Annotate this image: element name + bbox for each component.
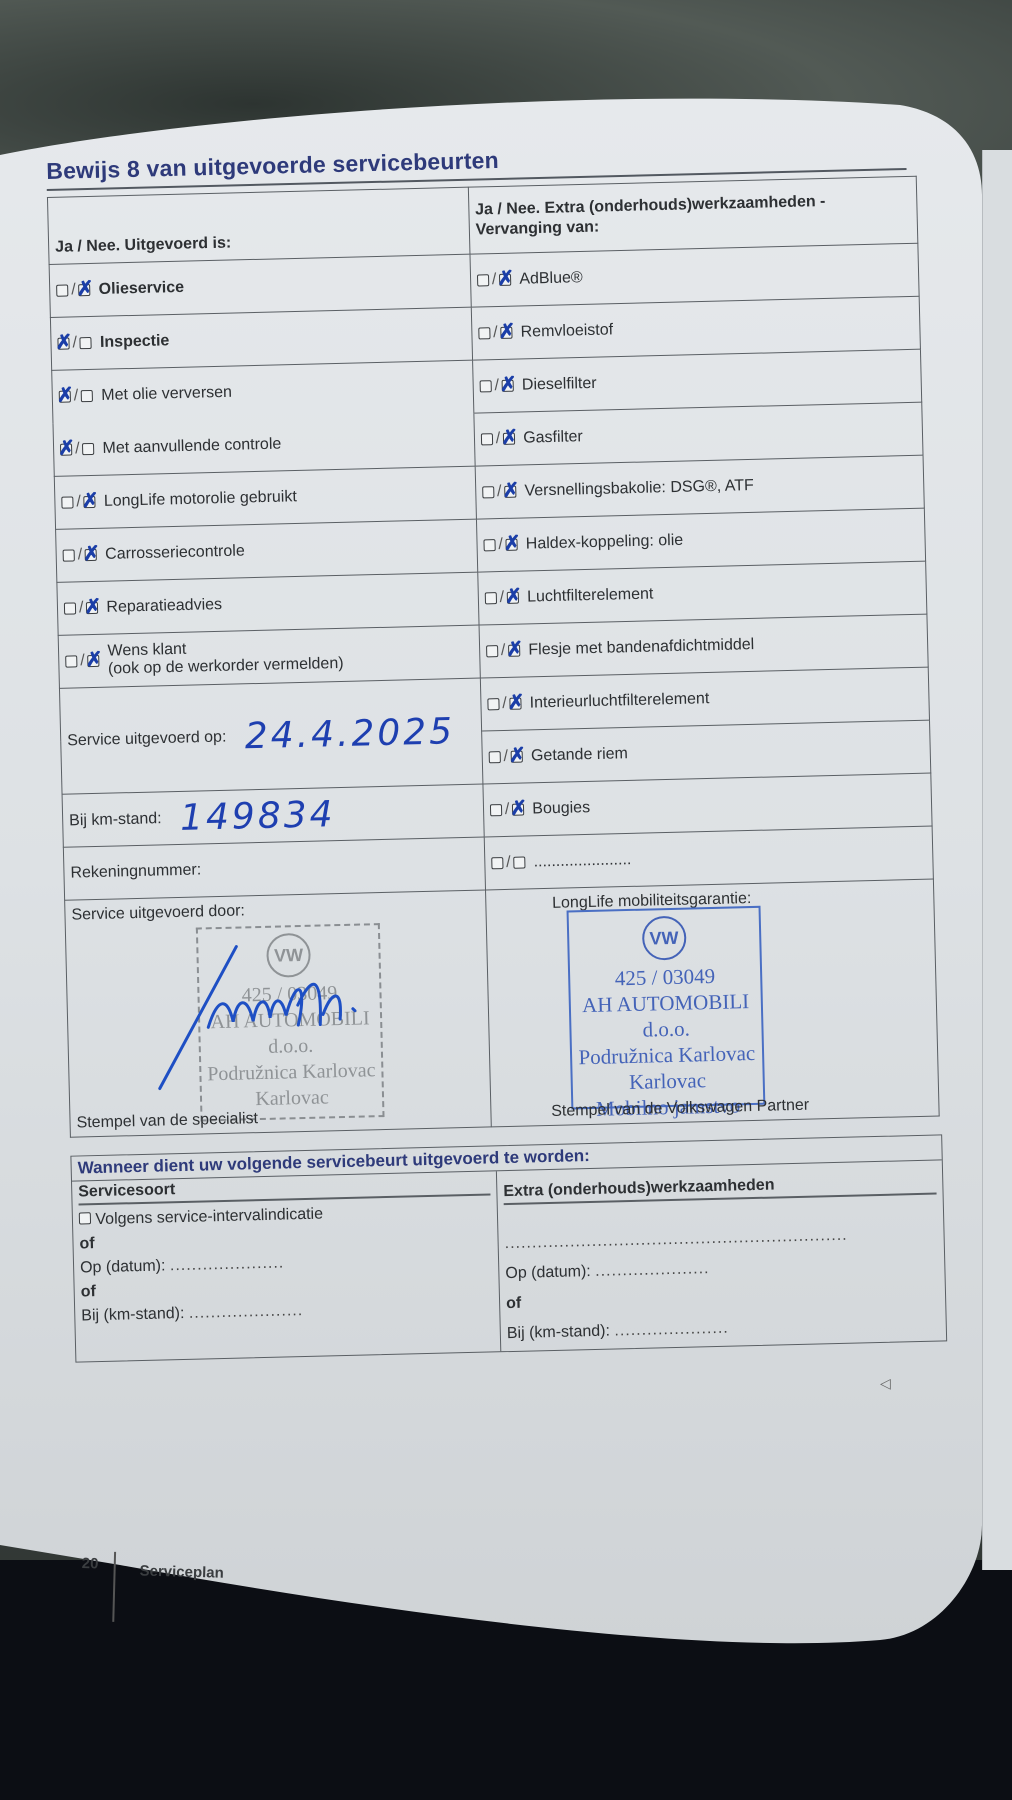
ja-checkbox[interactable] [57, 337, 69, 349]
left-column-header: Ja / Nee. Uitgevoerd is: [47, 187, 469, 264]
ja-nee-checkboxes: / [477, 271, 512, 290]
ja-checkbox[interactable] [486, 645, 498, 657]
nee-checkbox[interactable] [502, 380, 514, 392]
ja-nee-checkboxes: / [56, 281, 91, 300]
separator: / [492, 271, 497, 289]
ja-checkbox[interactable] [63, 549, 75, 561]
item-label: Luchtfilterelement [527, 585, 654, 605]
ja-nee-checkboxes: / [484, 588, 519, 607]
nee-checkbox[interactable] [504, 485, 516, 497]
nee-checkbox[interactable] [508, 644, 520, 656]
ja-nee-checkboxes: / [65, 652, 100, 671]
ja-nee-checkboxes: / [481, 429, 516, 448]
ja-checkbox[interactable] [61, 496, 73, 508]
page-number: 20 [82, 1555, 99, 1572]
ja-nee-checkboxes: / [479, 377, 514, 396]
ja-checkbox[interactable] [488, 751, 500, 763]
service-record-sheet: Bewijs 8 van uitgevoerde servicebeurten … [46, 137, 945, 1363]
ja-checkbox[interactable] [485, 592, 497, 604]
item-label: Remvloeistof [520, 321, 613, 340]
separator: / [505, 801, 510, 819]
performed-by-label: Service uitgevoerd door: [71, 897, 479, 925]
item-label: Gasfilter [523, 428, 583, 446]
ja-checkbox[interactable] [59, 391, 71, 403]
separator: / [493, 324, 498, 342]
ja-nee-checkboxes: / [490, 800, 525, 819]
ja-checkbox[interactable] [60, 443, 72, 455]
ja-nee-checkboxes: / [60, 440, 95, 459]
nee-checkbox[interactable] [512, 803, 524, 815]
next-service-section: Wanneer dient uw volgende servicebeurt u… [70, 1134, 947, 1362]
ja-checkbox[interactable] [481, 433, 493, 445]
ja-checkbox[interactable] [478, 327, 490, 339]
ja-checkbox[interactable] [479, 380, 491, 392]
separator: / [503, 748, 508, 766]
invoice-label: Rekeningnummer: [70, 861, 201, 881]
nee-checkbox[interactable] [85, 549, 97, 561]
nee-checkbox[interactable] [511, 750, 523, 762]
extra-work-header: Extra (onderhouds)werkzaamheden [503, 1173, 936, 1206]
right-column-header: Ja / Nee. Extra (onderhouds)werkzaamhede… [468, 176, 918, 254]
separator: / [501, 642, 506, 660]
nee-checkbox[interactable] [506, 538, 518, 550]
separator: / [71, 281, 76, 299]
separator: / [499, 589, 504, 607]
km-value: 149834 [180, 794, 336, 839]
nee-checkbox[interactable] [513, 856, 525, 868]
item-label: LongLife motorolie gebruikt [104, 488, 297, 510]
service-date-field[interactable]: Service uitgevoerd op: 24.4.2025 [59, 678, 482, 794]
ja-checkbox[interactable] [491, 857, 503, 869]
ja-checkbox[interactable] [482, 486, 494, 498]
adjacent-page-edge [982, 150, 1012, 1570]
nee-checkbox[interactable] [86, 602, 98, 614]
ja-checkbox[interactable] [65, 655, 77, 667]
ja-nee-checkboxes: / [483, 535, 518, 554]
ja-nee-checkboxes: / [57, 334, 92, 353]
separator: / [74, 387, 79, 405]
separator: / [72, 334, 77, 352]
item-label: AdBlue® [519, 269, 583, 288]
item-label: Interieurluchtfilterelement [529, 690, 709, 711]
ja-nee-checkboxes: / [486, 641, 521, 660]
ja-nee-checkboxes: / [487, 694, 522, 713]
nee-checkbox[interactable] [88, 655, 100, 667]
nee-checkbox[interactable] [84, 496, 96, 508]
nee-checkbox[interactable] [79, 284, 91, 296]
stamp-line: Podružnica Karlovac [572, 1040, 763, 1071]
item-label: Carrosseriecontrole [105, 542, 245, 562]
stamp-line: AH AUTOMOBILI d.o.o. [570, 988, 761, 1045]
ja-nee-checkboxes: / [482, 482, 517, 501]
service-type-column: Servicesoort Volgens service-intervalind… [72, 1171, 501, 1361]
nee-checkbox[interactable] [510, 697, 522, 709]
vw-logo-icon: VW [641, 916, 686, 961]
vw-logo-icon: VW [266, 933, 311, 978]
stamp-line: Podružnica Karlovac [201, 1057, 382, 1087]
ja-nee-checkboxes: / [61, 493, 96, 512]
item-label: ...................... [533, 851, 631, 870]
ja-nee-checkboxes: / [491, 853, 526, 872]
item-label: Reparatieadvies [106, 596, 222, 616]
item-label: Met aanvullende controle [102, 435, 281, 456]
specialist-stamp-cell: Service uitgevoerd door: VW 425 / 03049 … [65, 890, 491, 1137]
stamp-line: AH AUTOMOBILI d.o.o. [200, 1005, 381, 1061]
partner-stamp: VW 425 / 03049 AH AUTOMOBILI d.o.o. Podr… [566, 906, 765, 1110]
ja-checkbox[interactable] [487, 698, 499, 710]
separator: / [75, 440, 80, 458]
km-label: Bij km-stand: [69, 810, 162, 829]
ja-checkbox[interactable] [477, 274, 489, 286]
specialist-stamp: VW 425 / 03049 AH AUTOMOBILI d.o.o. Podr… [196, 923, 385, 1121]
nee-checkbox[interactable] [507, 591, 519, 603]
ja-nee-checkboxes: / [64, 599, 99, 618]
ja-nee-checkboxes: / [478, 324, 513, 343]
ja-nee-checkboxes: / [59, 387, 94, 406]
item-label: Wens klant(ook op de werkorder vermelden… [107, 637, 343, 679]
partner-stamp-cell: LongLife mobiliteitsgarantie: VW 425 / 0… [485, 879, 939, 1127]
section-name: Serviceplan [139, 1563, 224, 1582]
specialist-stamp-label: Stempel van de specialist [76, 1110, 258, 1132]
item-label: Olieservice [98, 279, 184, 298]
extra-work-column: Extra (onderhouds)werkzaamheden ........… [497, 1160, 946, 1351]
item-label: Bougies [532, 799, 590, 817]
separator: / [496, 430, 501, 448]
separator: / [506, 854, 511, 872]
separator: / [498, 536, 503, 554]
item-label: Dieselfilter [522, 375, 597, 394]
separator: / [79, 599, 84, 617]
separator: / [80, 652, 85, 670]
service-date-label: Service uitgevoerd op: [67, 729, 227, 750]
ja-checkbox[interactable] [64, 602, 76, 614]
separator: / [77, 546, 82, 564]
item-label: Met olie verversen [101, 384, 232, 404]
nee-checkbox[interactable] [82, 443, 94, 455]
ja-checkbox[interactable] [483, 539, 495, 551]
service-record-table: Ja / Nee. Uitgevoerd is: Ja / Nee. Extra… [47, 176, 940, 1138]
stamp-line: Karlovac [202, 1083, 383, 1113]
item-label: Haldex-koppeling: olie [526, 532, 684, 553]
service-date-value: 24.4.2025 [244, 711, 455, 757]
nee-checkbox[interactable] [81, 390, 93, 402]
separator: / [494, 377, 499, 395]
ja-nee-checkboxes: / [488, 747, 523, 766]
item-label: Flesje met bandenafdichtmiddel [528, 636, 754, 659]
nee-checkbox[interactable] [80, 337, 92, 349]
ja-checkbox[interactable] [490, 804, 502, 816]
nee-checkbox[interactable] [500, 327, 512, 339]
separator: / [76, 493, 81, 511]
item-label: Inspectie [100, 332, 170, 351]
nee-checkbox[interactable] [499, 274, 511, 286]
separator: / [497, 483, 502, 501]
page-marker-triangle-icon: ◁ [880, 1375, 891, 1392]
separator: / [502, 695, 507, 713]
item-label: Versnellingsbakolie: DSG®, ATF [524, 477, 754, 500]
item-label: Getande riem [531, 745, 628, 764]
checkbox[interactable] [79, 1212, 91, 1224]
ja-checkbox[interactable] [56, 284, 68, 296]
nee-checkbox[interactable] [503, 432, 515, 444]
ja-nee-checkboxes: / [62, 546, 97, 565]
